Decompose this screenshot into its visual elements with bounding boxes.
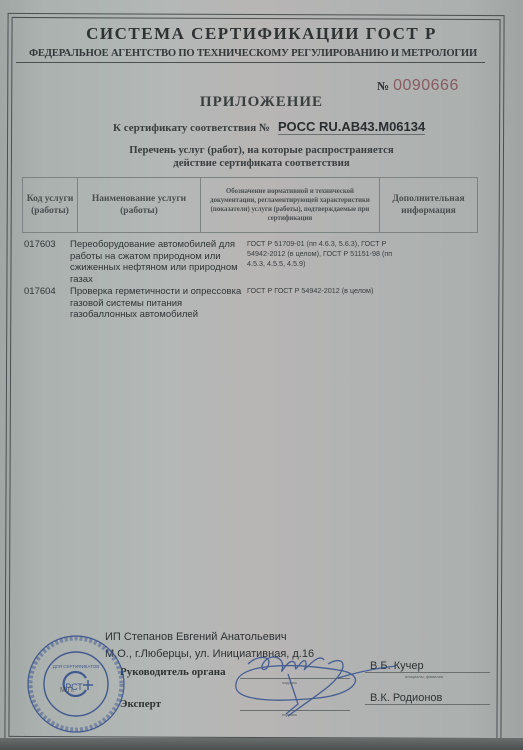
table-row: 017604 Проверка герметичности и опрессов…: [22, 286, 492, 326]
service-code: 017604: [24, 286, 56, 298]
photo-bottom-edge: [0, 738, 523, 750]
serial-label: №: [377, 79, 389, 93]
service-standards: ГОСТ Р ГОСТ Р 54942-2012 (в целом): [247, 286, 397, 296]
header-extra: Дополнительная информация: [380, 178, 478, 233]
serial-number: №0090666: [377, 77, 459, 95]
list-title-line2: действие сертификата соответствия: [0, 157, 523, 170]
certificate-label: К сертификату соответствия №: [113, 122, 270, 134]
appendix-title: ПРИЛОЖЕНИЕ: [0, 94, 523, 111]
list-title: Перечень услуг (работ), на которые распр…: [0, 144, 523, 170]
header-docs: Обозначение нормативной и технической до…: [201, 178, 380, 233]
service-name: Переоборудование автомобилей для работы …: [70, 239, 245, 285]
service-name: Проверка герметичности и опрессовка газо…: [70, 286, 245, 321]
seal-stamp-icon: ДЛЯ СЕРТИФИКАТОВ РСТ М.П.: [24, 632, 128, 736]
header-name: Наименование услуги (работы): [78, 178, 201, 233]
list-title-line1: Перечень услуг (работ), на которые распр…: [0, 144, 523, 157]
head-label: Руководитель органа: [120, 666, 226, 678]
services-table-body: 017603 Переоборудование автомобилей для …: [22, 239, 492, 326]
header-code: Код услуги (работы): [23, 178, 78, 233]
caption-name-head: инициалы, фамилия: [405, 674, 443, 679]
system-title: СИСТЕМА СЕРТИФИКАЦИИ ГОСТ Р: [0, 24, 523, 44]
service-code: 017603: [24, 239, 56, 251]
services-table-header: Код услуги (работы) Наименование услуги …: [22, 177, 478, 233]
table-row: 017603 Переоборудование автомобилей для …: [22, 239, 492, 286]
service-standards: ГОСТ Р 51709-01 (пп 4.6.3, 5.6.3), ГОСТ …: [247, 239, 397, 269]
svg-text:М.П.: М.П.: [60, 687, 75, 694]
serial-value: 0090666: [393, 77, 459, 94]
signature-scribble-icon: [228, 644, 398, 718]
certificate-number: РОСС RU.АВ43.М06134: [278, 119, 425, 135]
certificate-reference: К сертификату соответствия №РОСС RU.АВ43…: [113, 118, 425, 136]
agency-title: ФЕДЕРАЛЬНОЕ АГЕНТСТВО ПО ТЕХНИЧЕСКОМУ РЕ…: [18, 48, 488, 59]
svg-text:ДЛЯ СЕРТИФИКАТОВ: ДЛЯ СЕРТИФИКАТОВ: [53, 664, 100, 669]
